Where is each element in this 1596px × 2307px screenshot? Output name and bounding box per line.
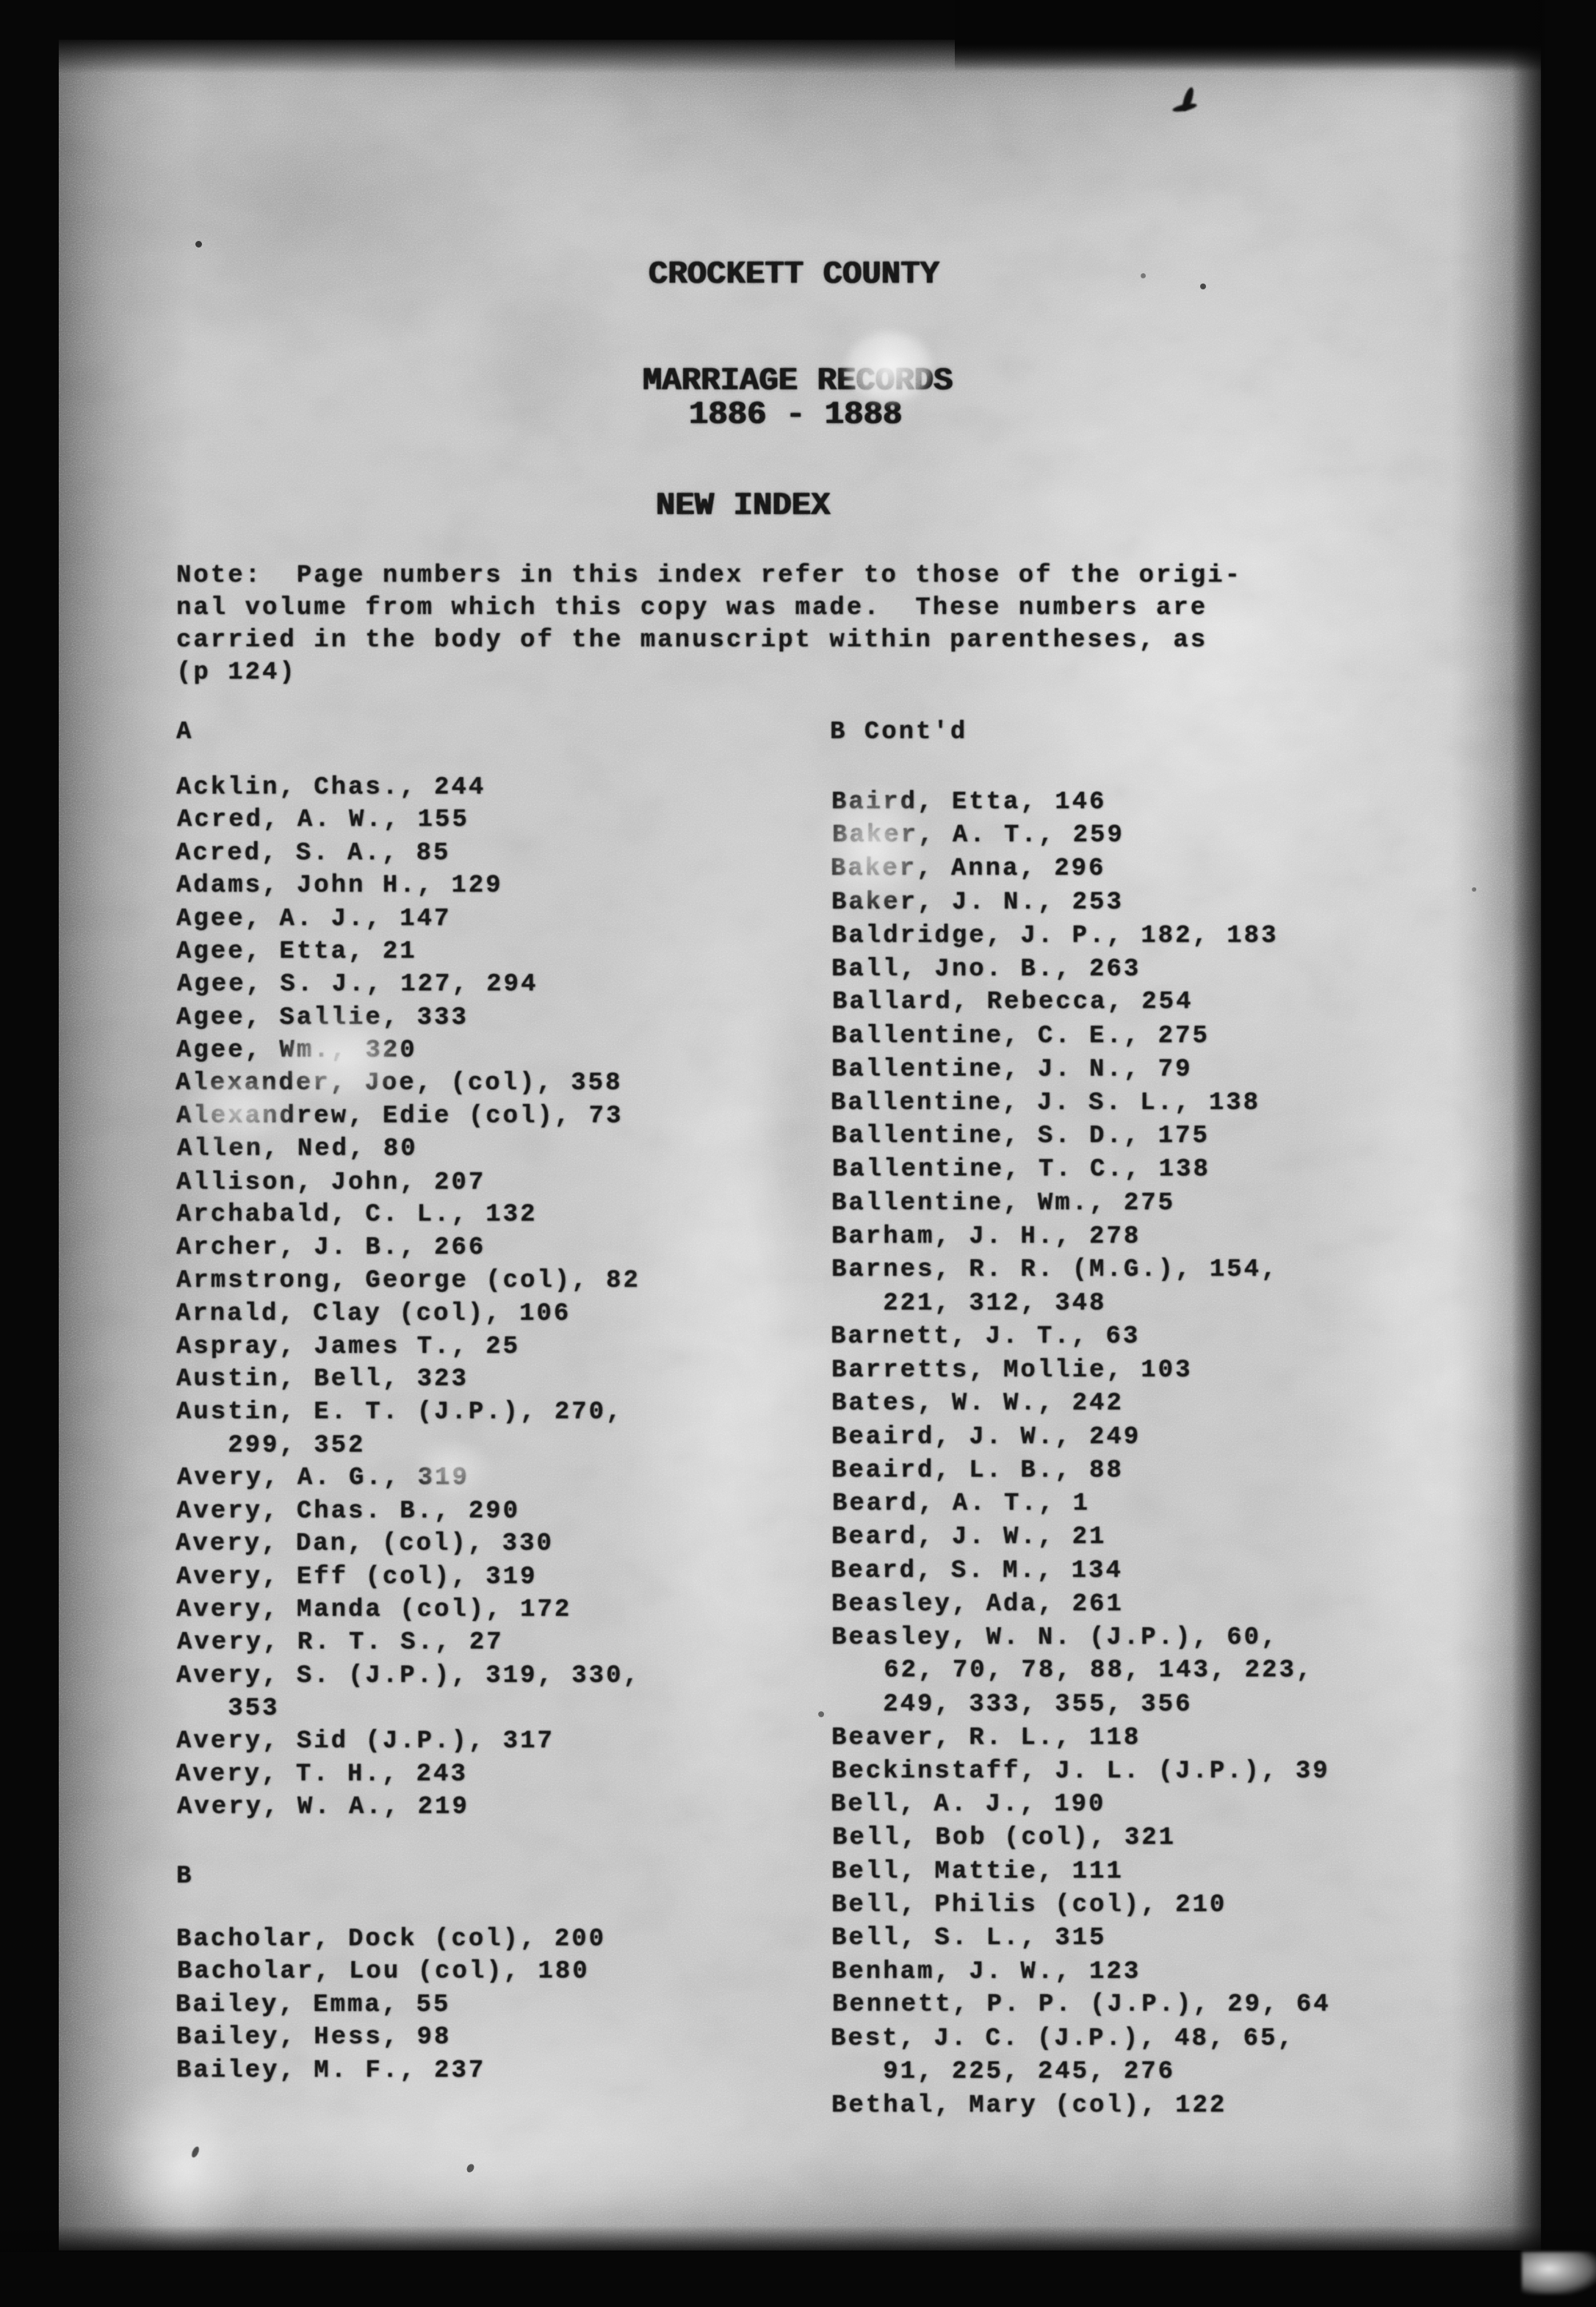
index-entry: Baker, A. T., 259: [832, 819, 1331, 853]
index-entry: 299, 352: [176, 1430, 640, 1463]
index-entry: Beaird, L. B., 88: [831, 1455, 1330, 1489]
index-entry: Allison, John, 207: [176, 1166, 640, 1199]
index-entry: 353: [176, 1693, 640, 1726]
scanned-page-photo: CROCKETT COUNTY MARRIAGE RECORDS 1886 - …: [0, 0, 1596, 2307]
index-entry: Beasley, W. N. (J.P.), 60,: [831, 1622, 1330, 1656]
index-entry: Avery, A. G., 319: [177, 1462, 641, 1495]
index-entry: Avery, Chas. B., 290: [176, 1495, 640, 1528]
index-entry: Avery, Sid (J.P.), 317: [176, 1725, 640, 1758]
index-entry: Austin, E. T. (J.P.), 270,: [176, 1396, 640, 1429]
index-entry: Ballard, Rebecca, 254: [832, 986, 1331, 1019]
index-entry: Bailey, Hess, 98: [176, 2021, 606, 2054]
index-entry: Beasley, Ada, 261: [831, 1589, 1330, 1622]
index-entry: Ball, Jno. B., 263: [831, 953, 1330, 987]
index-entry: Beaird, J. W., 249: [831, 1421, 1330, 1455]
index-entry: Austin, Bell, 323: [176, 1363, 640, 1396]
index-entry: 221, 312, 348: [831, 1288, 1330, 1321]
county-title: CROCKETT COUNTY: [649, 259, 939, 291]
index-entry: Ballentine, Wm., 275: [831, 1188, 1330, 1221]
note-paragraph: Note: Page numbers in this index refer t…: [176, 560, 1242, 689]
records-subtitle: MARRIAGE RECORDS: [643, 365, 953, 397]
index-entry: Ballentine, S. D., 175: [831, 1120, 1330, 1154]
index-heading: NEW INDEX: [656, 490, 831, 522]
index-entry: Baird, Etta, 146: [831, 787, 1330, 820]
paper-corner-highlight: [1522, 2252, 1596, 2295]
index-entry: Avery, Dan, (col), 330: [176, 1528, 640, 1561]
index-entry: Ballentine, J. N., 79: [831, 1054, 1330, 1088]
note-line: nal volume from which this copy was made…: [176, 592, 1242, 624]
index-entry: Baker, Anna, 296: [831, 853, 1329, 887]
index-entry: Agee, Sallie, 333: [176, 1002, 640, 1035]
index-entry: Bailey, M. F., 237: [176, 2055, 606, 2088]
index-entry: Bell, Mattie, 111: [831, 1856, 1330, 1890]
index-entry: Barnett, J. T., 63: [831, 1321, 1329, 1354]
index-entry: Agee, S. J., 127, 294: [177, 968, 641, 1001]
photo-border-left: [0, 0, 59, 2307]
index-entry: 91, 225, 245, 276: [831, 2056, 1330, 2090]
index-entry: Bell, Bob (col), 321: [832, 1822, 1331, 1855]
index-entry: Avery, Eff (col), 319: [176, 1562, 640, 1595]
index-entry: Alexandrew, Edie (col), 73: [176, 1100, 640, 1133]
index-entry: Acred, A. W., 155: [177, 804, 641, 837]
index-entry: Archabald, C. L., 132: [176, 1199, 640, 1232]
index-entry: Ballentine, T. C., 138: [832, 1153, 1331, 1187]
index-entry: Avery, R. T. S., 27: [177, 1626, 641, 1659]
index-entry: Agee, A. J., 147: [176, 903, 640, 936]
index-entry: Adams, John H., 129: [176, 870, 640, 903]
section-heading-b-contd: B Cont'd: [830, 718, 967, 746]
index-entry: Beard, J. W., 21: [831, 1521, 1330, 1555]
index-entry: Arnald, Clay (col), 106: [176, 1298, 640, 1331]
index-entry: Acred, S. A., 85: [176, 837, 640, 870]
index-entry: 62, 70, 78, 88, 143, 223,: [832, 1654, 1331, 1688]
index-column-right: Baird, Etta, 146Baker, A. T., 259Baker, …: [831, 786, 1330, 2123]
index-entry: Agee, Wm., 320: [176, 1035, 640, 1068]
index-entry: Alexander, Joe, (col), 358: [176, 1067, 640, 1100]
photo-border-right: [1542, 0, 1596, 2307]
index-entry: Baldridge, J. P., 182, 183: [831, 920, 1330, 954]
index-entry: Allen, Ned, 80: [177, 1133, 641, 1166]
index-entry: Bailey, Emma, 55: [176, 1989, 605, 2022]
index-entry: Bethal, Mary (col), 122: [831, 2090, 1330, 2123]
index-entry: Barretts, Mollie, 103: [831, 1354, 1330, 1388]
index-entry: Benham, J. W., 123: [831, 1956, 1330, 1990]
index-entry: Acklin, Chas., 244: [176, 772, 640, 805]
index-entry: Bacholar, Lou (col), 180: [177, 1955, 607, 1988]
index-entry: Ballentine, J. S. L., 138: [831, 1087, 1329, 1121]
index-entry: Beaver, R. L., 118: [831, 1722, 1330, 1756]
index-column-left-b: Bacholar, Dock (col), 200Bacholar, Lou (…: [176, 1923, 606, 2087]
index-entry: Beard, A. T., 1: [832, 1487, 1331, 1520]
index-entry: Archer, J. B., 266: [176, 1232, 640, 1265]
photo-border-top: [0, 0, 1596, 40]
index-entry: Beckinstaff, J. L. (J.P.), 39: [831, 1755, 1330, 1789]
index-entry: Bell, A. J., 190: [831, 1788, 1329, 1822]
index-entry: Aspray, James T., 25: [176, 1331, 640, 1364]
index-entry: Bennett, P. P. (J.P.), 29, 64: [832, 1988, 1331, 2022]
index-entry: 249, 333, 355, 356: [831, 1689, 1330, 1722]
index-entry: Agee, Etta, 21: [176, 936, 640, 969]
index-entry: Bates, W. W., 242: [831, 1387, 1330, 1421]
index-entry: Avery, T. H., 243: [176, 1758, 640, 1791]
index-entry: Barham, J. H., 278: [831, 1221, 1330, 1254]
index-entry: Avery, Manda (col), 172: [176, 1594, 640, 1627]
section-heading-a: A: [176, 718, 193, 746]
index-entry: Avery, S. (J.P.), 319, 330,: [176, 1660, 640, 1693]
note-line: Note: Page numbers in this index refer t…: [176, 560, 1242, 592]
index-entry: Barnes, R. R. (M.G.), 154,: [831, 1254, 1330, 1288]
index-entry: Beard, S. M., 134: [831, 1555, 1329, 1589]
note-line: (p 124): [176, 657, 1242, 689]
index-entry: Ballentine, C. E., 275: [831, 1020, 1330, 1054]
index-entry: Bell, Philis (col), 210: [831, 1889, 1330, 1923]
index-column-left-a: Acklin, Chas., 244Acred, A. W., 155Acred…: [176, 771, 640, 1824]
index-entry: Bacholar, Dock (col), 200: [176, 1924, 606, 1957]
date-range: 1886 - 1888: [689, 399, 902, 431]
index-entry: Armstrong, George (col), 82: [176, 1265, 640, 1298]
note-line: carried in the body of the manuscript wi…: [176, 624, 1242, 657]
index-entry: Baker, J. N., 253: [831, 887, 1330, 920]
index-entry: Bell, S. L., 315: [831, 1922, 1330, 1956]
index-entry: Best, J. C. (J.P.), 48, 65,: [831, 2023, 1329, 2057]
index-entry: Avery, W. A., 219: [177, 1791, 641, 1824]
section-heading-b: B: [176, 1863, 193, 1891]
photo-border-bottom: [0, 2250, 1596, 2307]
